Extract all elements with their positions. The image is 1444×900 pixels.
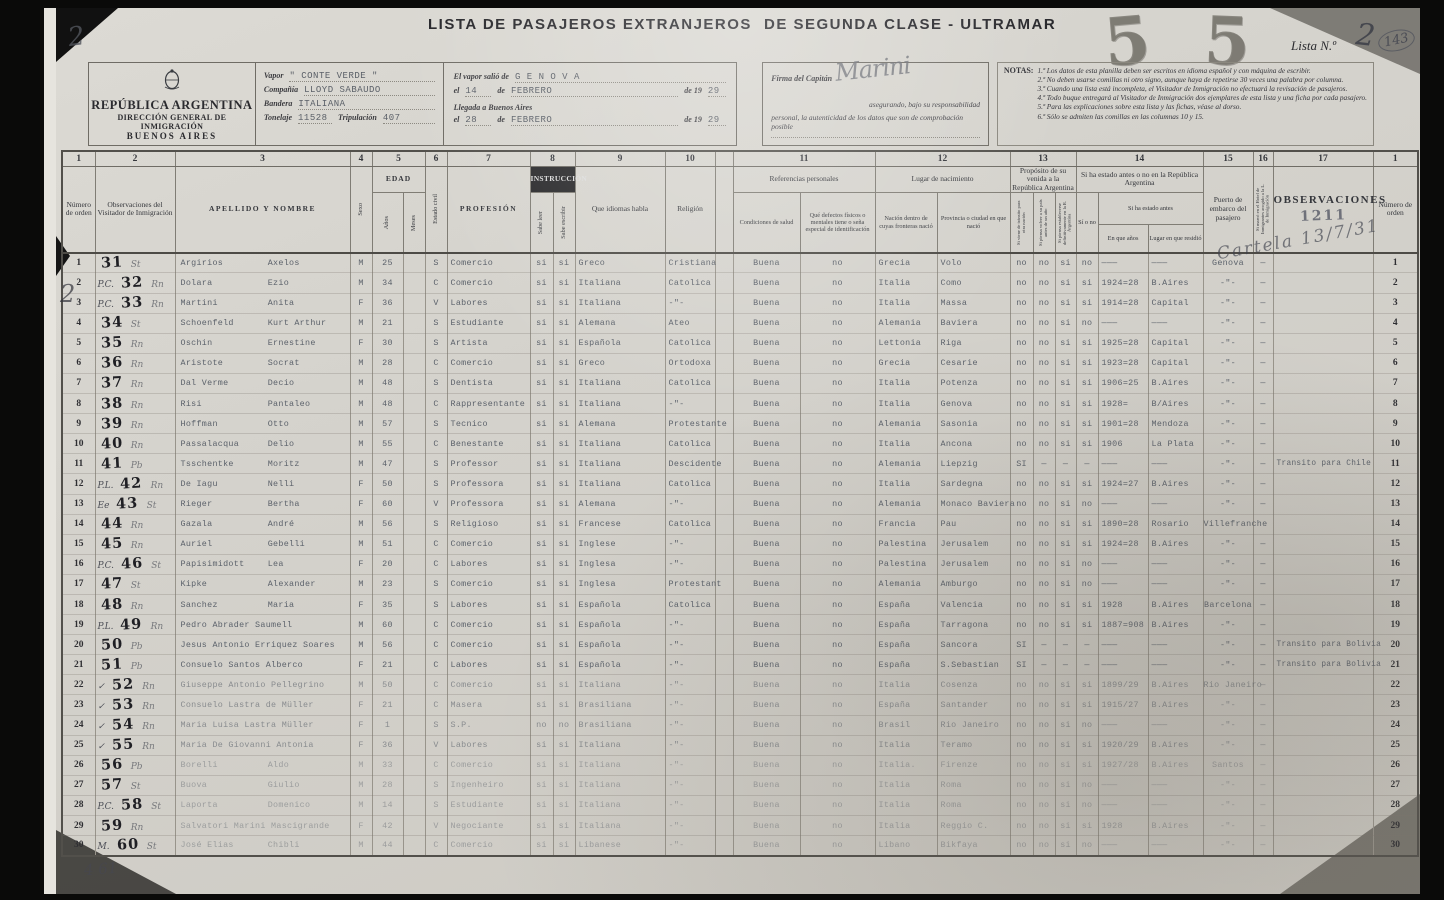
table-row: 30 M. 60 St José Elias Chibli M 44 C Com… xyxy=(62,836,1418,856)
cell-visitor-observations: M. 60 St xyxy=(95,836,175,856)
cell-sex: M xyxy=(350,434,372,454)
cell-can-write: si xyxy=(553,454,575,474)
cell-name: De Iagu Nelli xyxy=(175,474,350,494)
col-header-proposito-c: Si piensa establecerse definitivamente e… xyxy=(1055,193,1076,253)
cell-purpose-settle: si xyxy=(1055,594,1076,614)
document-subtitle: DE SEGUNDA CLASE - ULTRAMAR xyxy=(764,16,1056,33)
cell-embark-port: -"- xyxy=(1203,635,1253,655)
visitor-initials: Rn xyxy=(151,481,164,491)
cell-purpose-return: no xyxy=(1033,755,1055,775)
cell-birth-province: Liepzig xyxy=(937,454,1010,474)
cell-been-before: no xyxy=(1076,253,1098,273)
cell-can-read: si xyxy=(530,534,553,554)
cell-age-months xyxy=(403,273,425,293)
cell-age-months xyxy=(403,554,425,574)
cell-health: Buena xyxy=(733,574,800,594)
cell-age-months xyxy=(403,615,425,635)
cell-civil-status: S xyxy=(425,795,447,815)
cell-embark-port: -"- xyxy=(1203,655,1253,675)
stamped-number: 31 xyxy=(100,254,123,272)
stamped-number: 41 xyxy=(100,454,123,472)
cell-blank xyxy=(715,514,733,534)
cell-can-write: si xyxy=(553,414,575,434)
cell-health: Buena xyxy=(733,675,800,695)
visitor-initials: Rn xyxy=(142,702,155,712)
cell-can-write: si xyxy=(553,695,575,715)
cell-order-number: 16 xyxy=(62,554,95,574)
pencil-note: P.C. xyxy=(98,300,115,310)
cell-birth-nation: Italia xyxy=(875,474,937,494)
cell-health: Buena xyxy=(733,353,800,373)
visitor-initials: St xyxy=(131,260,141,270)
cell-defects: no xyxy=(800,615,875,635)
cell-age-years: 21 xyxy=(372,695,403,715)
cell-embark-port: -"- xyxy=(1203,434,1253,454)
cell-embark-port: -"- xyxy=(1203,775,1253,795)
cell-name: Oschin Ernestine xyxy=(175,333,350,353)
cell-civil-status: C xyxy=(425,434,447,454)
cell-age-years: 21 xyxy=(372,655,403,675)
cell-place-resided: ――― xyxy=(1148,454,1203,474)
col-header-nacion: Nación dentro de cuyas fronteras nació xyxy=(875,193,937,253)
cell-health: Buena xyxy=(733,755,800,775)
cell-order-number-right: 10 xyxy=(1373,434,1418,454)
cell-hotel-inmigrantes: ― xyxy=(1253,494,1273,514)
cell-can-read: si xyxy=(530,474,553,494)
cell-birth-province: Jerusalem xyxy=(937,534,1010,554)
handwritten-bottom-note: 4 61 xyxy=(83,859,118,879)
cell-been-before: si xyxy=(1076,675,1098,695)
cell-observations xyxy=(1273,273,1373,293)
cell-defects: no xyxy=(800,494,875,514)
cell-can-write: si xyxy=(553,394,575,414)
cell-order-number-right: 28 xyxy=(1373,795,1418,815)
cell-order-number-right: 25 xyxy=(1373,735,1418,755)
cell-name: Kipke Alexander xyxy=(175,574,350,594)
passenger-firstname: Axelos xyxy=(268,258,300,268)
cell-languages: Italiana xyxy=(575,735,665,755)
cell-age-months xyxy=(403,293,425,313)
cell-birth-nation: Italia xyxy=(875,434,937,454)
cell-can-write: si xyxy=(553,675,575,695)
cell-observations xyxy=(1273,775,1373,795)
passenger-firstname: Aldo xyxy=(268,760,289,770)
cell-can-read: si xyxy=(530,755,553,775)
cell-languages: Brasiliana xyxy=(575,715,665,735)
col-header-instruccion: INSTRUCCIÓN xyxy=(530,166,575,193)
lista-number-handwritten: 2 xyxy=(1354,17,1377,54)
stamped-number: 50 xyxy=(100,635,123,653)
table-row: 16 P.C. 46 St Papisimidott Lea F 20 C La… xyxy=(62,554,1418,574)
cell-birth-nation: Italia xyxy=(875,775,937,795)
cell-purpose-transit: no xyxy=(1010,695,1033,715)
table-row: 15 45 Rn Auriel Gebelli M 51 C Comercio … xyxy=(62,534,1418,554)
cell-order-number-right: 1 xyxy=(1373,253,1418,273)
cell-order-number: 18 xyxy=(62,594,95,614)
tripulacion-label: Tripulación xyxy=(338,113,377,122)
cell-been-before: ― xyxy=(1076,454,1098,474)
form-header: REPÚBLICA ARGENTINA DIRECCIÓN GENERAL DE… xyxy=(88,62,1374,146)
cell-order-number-right: 6 xyxy=(1373,353,1418,373)
header-gap-2 xyxy=(989,62,997,146)
cell-purpose-return: no xyxy=(1033,253,1055,273)
cell-been-before: no xyxy=(1076,313,1098,333)
cell-birth-province: Pau xyxy=(937,514,1010,534)
cell-sex: M xyxy=(350,514,372,534)
cell-birth-province: Volo xyxy=(937,253,1010,273)
cell-purpose-transit: no xyxy=(1010,394,1033,414)
cell-been-before: ― xyxy=(1076,655,1098,675)
colnum-4: 4 xyxy=(350,151,372,166)
passenger-surname: Pedro Abrader Saumell xyxy=(181,620,293,630)
passenger-firstname: Kurt Arthur xyxy=(268,318,327,328)
cell-embark-port: -"- xyxy=(1203,394,1253,414)
passenger-firstname: Alexander xyxy=(268,579,316,589)
cell-hotel-inmigrantes: ― xyxy=(1253,434,1273,454)
cell-can-write: no xyxy=(553,715,575,735)
cell-blank xyxy=(715,474,733,494)
cell-place-resided: Capital xyxy=(1148,293,1203,313)
cell-order-number: 15 xyxy=(62,534,95,554)
cell-order-number-right: 24 xyxy=(1373,715,1418,735)
cell-sex: M xyxy=(350,534,372,554)
cell-purpose-return: no xyxy=(1033,273,1055,293)
cell-hotel-inmigrantes: ― xyxy=(1253,414,1273,434)
cell-been-before: si xyxy=(1076,594,1098,614)
de-label-2: de xyxy=(497,115,505,124)
col-header-apellido-nombre: APELLIDO Y NOMBRE xyxy=(175,166,350,253)
cell-languages: Libanese xyxy=(575,836,665,856)
cell-embark-port: -"- xyxy=(1203,795,1253,815)
cell-years-resided: ――― xyxy=(1098,253,1148,273)
cell-place-resided: ――― xyxy=(1148,655,1203,675)
cell-languages: Italiana xyxy=(575,816,665,836)
cell-sex: F xyxy=(350,474,372,494)
cell-can-read: si xyxy=(530,795,553,815)
visitor-initials: St xyxy=(131,782,141,792)
cell-birth-province: Potenza xyxy=(937,373,1010,393)
cell-birth-nation: Alemania xyxy=(875,574,937,594)
cell-place-resided: ――― xyxy=(1148,494,1203,514)
cell-age-years: 30 xyxy=(372,333,403,353)
cell-profession: Comercio xyxy=(447,635,530,655)
cell-birth-province: Sancora xyxy=(937,635,1010,655)
cell-birth-nation: Italia xyxy=(875,293,937,313)
cell-age-months xyxy=(403,373,425,393)
cell-languages: Italiana xyxy=(575,675,665,695)
cell-birth-nation: Palestina xyxy=(875,534,937,554)
cell-defects: no xyxy=(800,414,875,434)
cell-civil-status: C xyxy=(425,534,447,554)
passenger-firstname: Ernestine xyxy=(268,338,316,348)
cell-purpose-settle: si xyxy=(1055,293,1076,313)
cell-order-number: 29 xyxy=(62,816,95,836)
cell-can-read: si xyxy=(530,353,553,373)
stamped-number: 44 xyxy=(100,515,123,533)
cell-years-resided: 1928= xyxy=(1098,394,1148,414)
cell-order-number: 5 xyxy=(62,333,95,353)
passenger-surname: Maria De Giovanni Antonia xyxy=(181,740,314,750)
cell-blank xyxy=(715,594,733,614)
colnum-1: 1 xyxy=(62,151,95,166)
cell-been-before: si xyxy=(1076,615,1098,635)
stamped-number: 53 xyxy=(112,695,135,713)
cell-hotel-inmigrantes: ― xyxy=(1253,755,1273,775)
cell-can-write: si xyxy=(553,373,575,393)
cell-place-resided: B.Aires xyxy=(1148,615,1203,635)
passenger-firstname: Maria xyxy=(268,600,295,610)
cell-can-read: si xyxy=(530,394,553,414)
cell-can-read: si xyxy=(530,273,553,293)
cell-languages: Italiana xyxy=(575,373,665,393)
cell-observations: Transito para Bolivia xyxy=(1273,655,1373,675)
cell-visitor-observations: ✓ 55 Rn xyxy=(95,735,175,755)
cell-order-number: 26 xyxy=(62,755,95,775)
cell-observations xyxy=(1273,534,1373,554)
cell-can-read: si xyxy=(530,373,553,393)
cell-been-before: si xyxy=(1076,273,1098,293)
cell-can-read: si xyxy=(530,594,553,614)
cell-purpose-transit: no xyxy=(1010,534,1033,554)
cell-health: Buena xyxy=(733,434,800,454)
cell-purpose-return: no xyxy=(1033,313,1055,333)
cell-sex: F xyxy=(350,494,372,514)
cell-order-number: 4 xyxy=(62,313,95,333)
col-header-observaciones-visitador: Observaciones del Visitador de Inmigraci… xyxy=(95,166,175,253)
cell-can-read: no xyxy=(530,715,553,735)
cell-birth-nation: Brasil xyxy=(875,715,937,735)
cell-birth-nation: España xyxy=(875,615,937,635)
cell-profession: Estudiante xyxy=(447,313,530,333)
passenger-surname: Schoenfeld xyxy=(181,318,234,328)
cell-religion: -"- xyxy=(665,394,715,414)
cell-civil-status: S xyxy=(425,333,447,353)
cell-embark-port: -"- xyxy=(1203,836,1253,856)
cell-purpose-settle: si xyxy=(1055,755,1076,775)
cell-place-resided: B.Aires xyxy=(1148,816,1203,836)
visitor-initials: St xyxy=(147,501,157,511)
cell-birth-province: Amburgo xyxy=(937,574,1010,594)
cell-age-years: 14 xyxy=(372,795,403,815)
passenger-firstname: Moritz xyxy=(268,459,300,469)
stamped-number: 55 xyxy=(112,736,135,754)
colnum-6: 6 xyxy=(425,151,447,166)
cell-purpose-settle: si xyxy=(1055,816,1076,836)
cell-can-write: si xyxy=(553,353,575,373)
cell-order-number-right: 19 xyxy=(1373,615,1418,635)
cell-place-resided: B.Aires xyxy=(1148,695,1203,715)
cell-can-read: si xyxy=(530,554,553,574)
cell-birth-province: Teramo xyxy=(937,735,1010,755)
stamped-number: 54 xyxy=(112,716,135,734)
cell-sex: F xyxy=(350,816,372,836)
cell-years-resided: ――― xyxy=(1098,715,1148,735)
table-row: 27 57 St Buova Giulio M 28 S Ingenheiro … xyxy=(62,775,1418,795)
cell-purpose-settle: si xyxy=(1055,615,1076,635)
cell-name: Salvatori Marini Mascigrande xyxy=(175,816,350,836)
passenger-surname: Dolara xyxy=(181,278,213,288)
cell-can-read: si xyxy=(530,333,553,353)
cell-civil-status: C xyxy=(425,394,447,414)
cell-defects: no xyxy=(800,514,875,534)
cell-observations xyxy=(1273,695,1373,715)
cell-place-resided: B.Aires xyxy=(1148,675,1203,695)
cell-place-resided: ――― xyxy=(1148,635,1203,655)
colnum-10: 10 xyxy=(665,151,715,166)
cell-hotel-inmigrantes: ― xyxy=(1253,816,1273,836)
visitor-initials: Rn xyxy=(131,380,144,390)
cell-sex: M xyxy=(350,775,372,795)
cell-visitor-observations: 45 Rn xyxy=(95,534,175,554)
cell-purpose-settle: si xyxy=(1055,434,1076,454)
cell-birth-nation: Francia xyxy=(875,514,937,534)
cell-embark-port: -"- xyxy=(1203,474,1253,494)
cell-embark-port: -"- xyxy=(1203,735,1253,755)
cell-years-resided: ――― xyxy=(1098,655,1148,675)
cell-health: Buena xyxy=(733,273,800,293)
el-label: el xyxy=(454,86,460,95)
cell-defects: no xyxy=(800,454,875,474)
col-header-idiomas: Que idiomas habla xyxy=(575,166,665,253)
compania-label: Compañía xyxy=(264,85,298,94)
passenger-surname: Laporta xyxy=(181,800,218,810)
passenger-surname: Oschin xyxy=(181,338,213,348)
cell-hotel-inmigrantes: ― xyxy=(1253,715,1273,735)
cell-languages: Inglesa xyxy=(575,554,665,574)
cell-purpose-return: no xyxy=(1033,735,1055,755)
cell-observations: Transito para Chile xyxy=(1273,454,1373,474)
cell-birth-province: Firenze xyxy=(937,755,1010,775)
cell-defects: no xyxy=(800,836,875,856)
cell-place-resided: ――― xyxy=(1148,574,1203,594)
cell-birth-nation: Italia xyxy=(875,273,937,293)
cell-purpose-return: no xyxy=(1033,715,1055,735)
cell-years-resided: ――― xyxy=(1098,554,1148,574)
cell-age-months xyxy=(403,394,425,414)
cell-visitor-observations: 57 St xyxy=(95,775,175,795)
cell-hotel-inmigrantes: ― xyxy=(1253,373,1273,393)
observaciones-title: OBSERVACIONES xyxy=(1274,194,1373,207)
cell-been-before: ― xyxy=(1076,635,1098,655)
cell-purpose-settle: si xyxy=(1055,414,1076,434)
cell-age-years: 20 xyxy=(372,554,403,574)
cell-can-write: si xyxy=(553,534,575,554)
cell-defects: no xyxy=(800,534,875,554)
cell-can-write: si xyxy=(553,554,575,574)
cell-order-number-right: 17 xyxy=(1373,574,1418,594)
cell-defects: no xyxy=(800,795,875,815)
cell-religion: -"- xyxy=(665,655,715,675)
cell-civil-status: S xyxy=(425,594,447,614)
cell-health: Buena xyxy=(733,414,800,434)
cell-languages: Alemana xyxy=(575,313,665,333)
cell-age-years: 34 xyxy=(372,273,403,293)
cell-years-resided: ――― xyxy=(1098,795,1148,815)
cell-years-resided: 1927/28 xyxy=(1098,755,1148,775)
cell-hotel-inmigrantes: ― xyxy=(1253,534,1273,554)
table-row: 23 ✓ 53 Rn Consuelo Lastra de Müller F 2… xyxy=(62,695,1418,715)
cell-defects: no xyxy=(800,755,875,775)
passenger-surname: Jesus Antonio Erriquez Soares xyxy=(181,640,335,650)
passenger-surname: Tsschentke xyxy=(181,459,234,469)
cell-age-months xyxy=(403,253,425,273)
cell-been-before: si xyxy=(1076,695,1098,715)
cell-purpose-settle: si xyxy=(1055,353,1076,373)
cell-years-resided: 1914=28 xyxy=(1098,293,1148,313)
cell-years-resided: ――― xyxy=(1098,775,1148,795)
cell-profession: Labores xyxy=(447,293,530,313)
cell-health: Buena xyxy=(733,454,800,474)
cell-hotel-inmigrantes: ― xyxy=(1253,313,1273,333)
cell-age-months xyxy=(403,434,425,454)
cell-birth-nation: Grecia xyxy=(875,353,937,373)
corner-shadow-top-left xyxy=(56,8,118,62)
colnum-15: 15 xyxy=(1203,151,1253,166)
cell-order-number: 13 xyxy=(62,494,95,514)
cell-been-before: no xyxy=(1076,554,1098,574)
cell-age-months xyxy=(403,353,425,373)
cell-age-months xyxy=(403,333,425,353)
cell-blank xyxy=(715,353,733,373)
cell-birth-province: Reggio C. xyxy=(937,816,1010,836)
cell-profession: Comercio xyxy=(447,574,530,594)
cell-birth-province: Baviera xyxy=(937,313,1010,333)
cell-observations xyxy=(1273,615,1373,635)
colnum-13: 13 xyxy=(1010,151,1076,166)
header-labels-row: Número de orden Observaciones del Visita… xyxy=(62,166,1418,193)
visitor-initials: Rn xyxy=(131,421,144,431)
cell-order-number: 22 xyxy=(62,675,95,695)
stamped-number: 51 xyxy=(100,655,123,673)
cell-purpose-settle: si xyxy=(1055,494,1076,514)
cell-age-years: 60 xyxy=(372,615,403,635)
cell-embark-port: -"- xyxy=(1203,715,1253,735)
col-header-meses: Meses xyxy=(403,193,425,253)
cell-visitor-observations: ✓ 52 Rn xyxy=(95,675,175,695)
cell-order-number: 30 xyxy=(62,836,95,856)
passenger-firstname: Nelli xyxy=(268,479,295,489)
colnum-5: 5 xyxy=(372,151,425,166)
cell-sex: F xyxy=(350,594,372,614)
cell-age-years: 33 xyxy=(372,755,403,775)
nota-item: 6.ª Sólo se admiten las comillas en las … xyxy=(1037,112,1367,121)
cell-can-write: si xyxy=(553,594,575,614)
cell-languages: Greco xyxy=(575,353,665,373)
cell-civil-status: C xyxy=(425,695,447,715)
cell-civil-status: C xyxy=(425,554,447,574)
passenger-surname: De Iagu xyxy=(181,479,218,489)
notas-label: NOTAS: xyxy=(1004,66,1034,121)
table-row: 22 ✓ 52 Rn Giuseppe Antonio Pellegrino M… xyxy=(62,675,1418,695)
cell-name: Sanchez Maria xyxy=(175,594,350,614)
passenger-firstname: Giulio xyxy=(268,780,300,790)
cell-embark-port: Villefranche xyxy=(1203,514,1253,534)
cell-civil-status: S xyxy=(425,574,447,594)
cell-defects: no xyxy=(800,735,875,755)
cell-order-number: 9 xyxy=(62,414,95,434)
stamped-number: 60 xyxy=(116,836,139,854)
cell-order-number-right: 29 xyxy=(1373,816,1418,836)
cell-religion: Catolica xyxy=(665,333,715,353)
cell-order-number: 23 xyxy=(62,695,95,715)
cell-been-before: no xyxy=(1076,775,1098,795)
col-header-anos: Años xyxy=(372,193,403,253)
cell-can-write: si xyxy=(553,574,575,594)
de-label: de xyxy=(497,86,505,95)
cell-observations xyxy=(1273,755,1373,775)
cell-visitor-observations: 37 Rn xyxy=(95,373,175,393)
cell-languages: Española xyxy=(575,635,665,655)
